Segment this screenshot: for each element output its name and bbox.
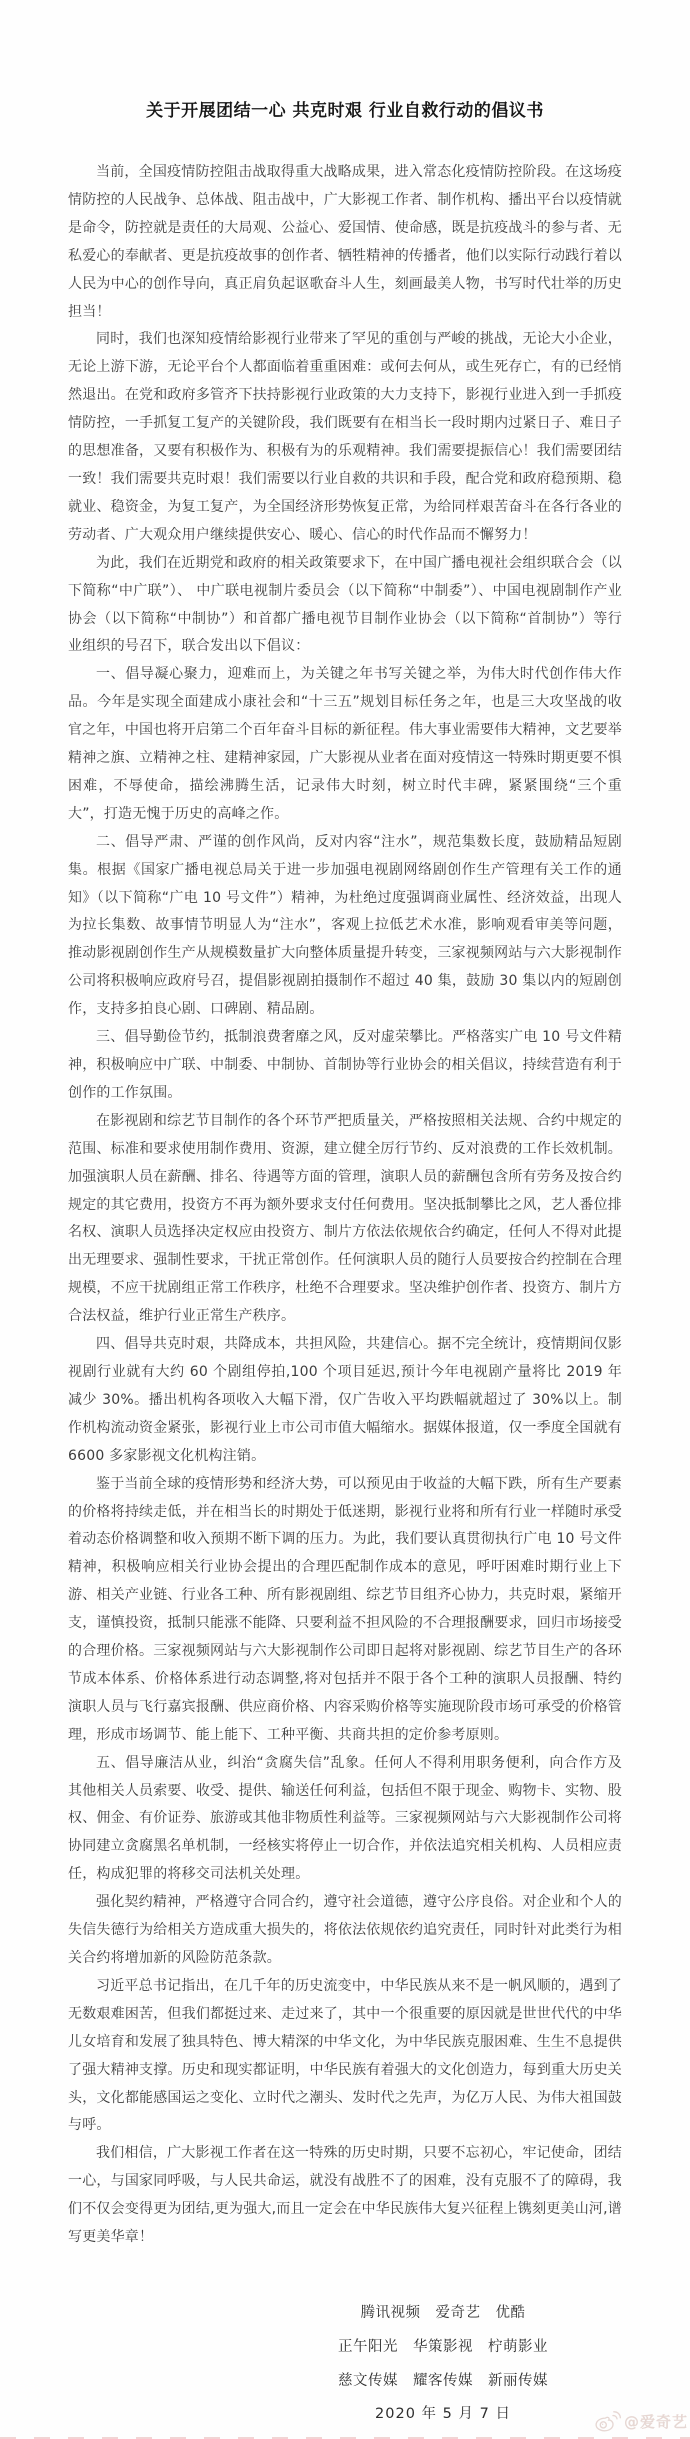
signature-lines: 腾讯视频 爱奇艺 优酷 正午阳光 华策影视 柠萌影业 慈文传媒 耀客传媒 新丽传… (338, 2296, 548, 2430)
signature-companies-line-3: 慈文传媒 耀客传媒 新丽传媒 (338, 2364, 548, 2398)
paragraph-8-item-4: 四、倡导共克时艰，共降成本，共担风险，共建信心。据不完全统计，疫情期间仅影视剧行… (68, 1331, 622, 1471)
document-title: 关于开展团结一心 共克时艰 行业自救行动的倡议书 (68, 100, 622, 122)
document-content: 关于开展团结一心 共克时艰 行业自救行动的倡议书 当前，全国疫情防控阻击战取得重… (0, 0, 690, 2430)
watermark-handle: @爱奇艺 (624, 2411, 688, 2432)
paragraph-11: 强化契约精神，严格遵守合同合约，遵守社会道德，遵守公序良俗。对企业和个人的失信失… (68, 1889, 622, 1973)
paragraph-1: 当前，全国疫情防控阻击战取得重大战略成果，进入常态化疫情防控阶段。在这场疫情防控… (68, 159, 622, 326)
signature-block: 腾讯视频 爱奇艺 优酷 正午阳光 华策影视 柠萌影业 慈文传媒 耀客传媒 新丽传… (68, 2296, 622, 2430)
paragraph-5-item-2: 二、倡导严肃、严谨的创作风尚，反对内容“注水”，规范集数长度，鼓励精品短剧集。根… (68, 829, 622, 1024)
paragraph-9: 鉴于当前全球的疫情形势和经济大势，可以预见由于收益的大幅下跌，所有生产要素的价格… (68, 1471, 622, 1750)
weibo-icon (594, 2410, 621, 2433)
paragraph-10-item-5: 五、倡导廉洁从业，纠治“贪腐失信”乱象。任何人不得利用职务便利，向合作方及其他相… (68, 1750, 622, 1890)
signature-date: 2020 年 5 月 7 日 (338, 2398, 548, 2430)
paragraph-6-item-3: 三、倡导勤俭节约，抵制浪费奢靡之风，反对虚荣攀比。严格落实广电 10 号文件精神… (68, 1024, 622, 1108)
paragraph-13: 我们相信，广大影视工作者在这一特殊的历史时期，只要不忘初心，牢记使命，团结一心，… (68, 2140, 622, 2252)
weibo-watermark: @爱奇艺 (594, 2410, 688, 2433)
document-page: 关于开展团结一心 共克时艰 行业自救行动的倡议书 当前，全国疫情防控阻击战取得重… (0, 0, 690, 2439)
paragraph-4-item-1: 一、倡导凝心聚力，迎难而上，为关键之年书写关键之举，为伟大时代创作伟大作品。今年… (68, 661, 622, 828)
paragraph-12: 习近平总书记指出，在几千年的历史流变中，中华民族从来不是一帆风顺的，遇到了无数艰… (68, 1973, 622, 2140)
paragraph-3: 为此，我们在近期党和政府的相关政策要求下，在中国广播电视社会组织联合会（以下简称… (68, 550, 622, 662)
paragraph-7: 在影视剧和综艺节目制作的各个环节严把质量关，严格按照相关法规、合约中规定的范围、… (68, 1108, 622, 1331)
signature-companies-line-2: 正午阳光 华策影视 柠萌影业 (338, 2330, 548, 2364)
signature-companies-line-1: 腾讯视频 爱奇艺 优酷 (338, 2296, 548, 2330)
paragraph-2: 同时，我们也深知疫情给影视行业带来了罕见的重创与严峻的挑战，无论大小企业，无论上… (68, 326, 622, 549)
